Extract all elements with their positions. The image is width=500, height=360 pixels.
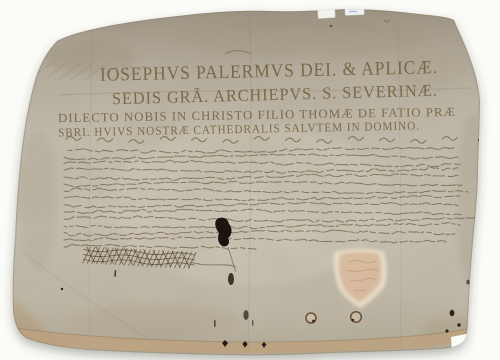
inventory-sticker-plain — [318, 9, 336, 19]
photo-of-parchment-charter: IOSEPHVS PALERMVS DEI. & APLICÆ. SEDIS G… — [0, 0, 500, 360]
heading-block: IOSEPHVS PALERMVS DEI. & APLICÆ. SEDIS G… — [58, 57, 456, 139]
